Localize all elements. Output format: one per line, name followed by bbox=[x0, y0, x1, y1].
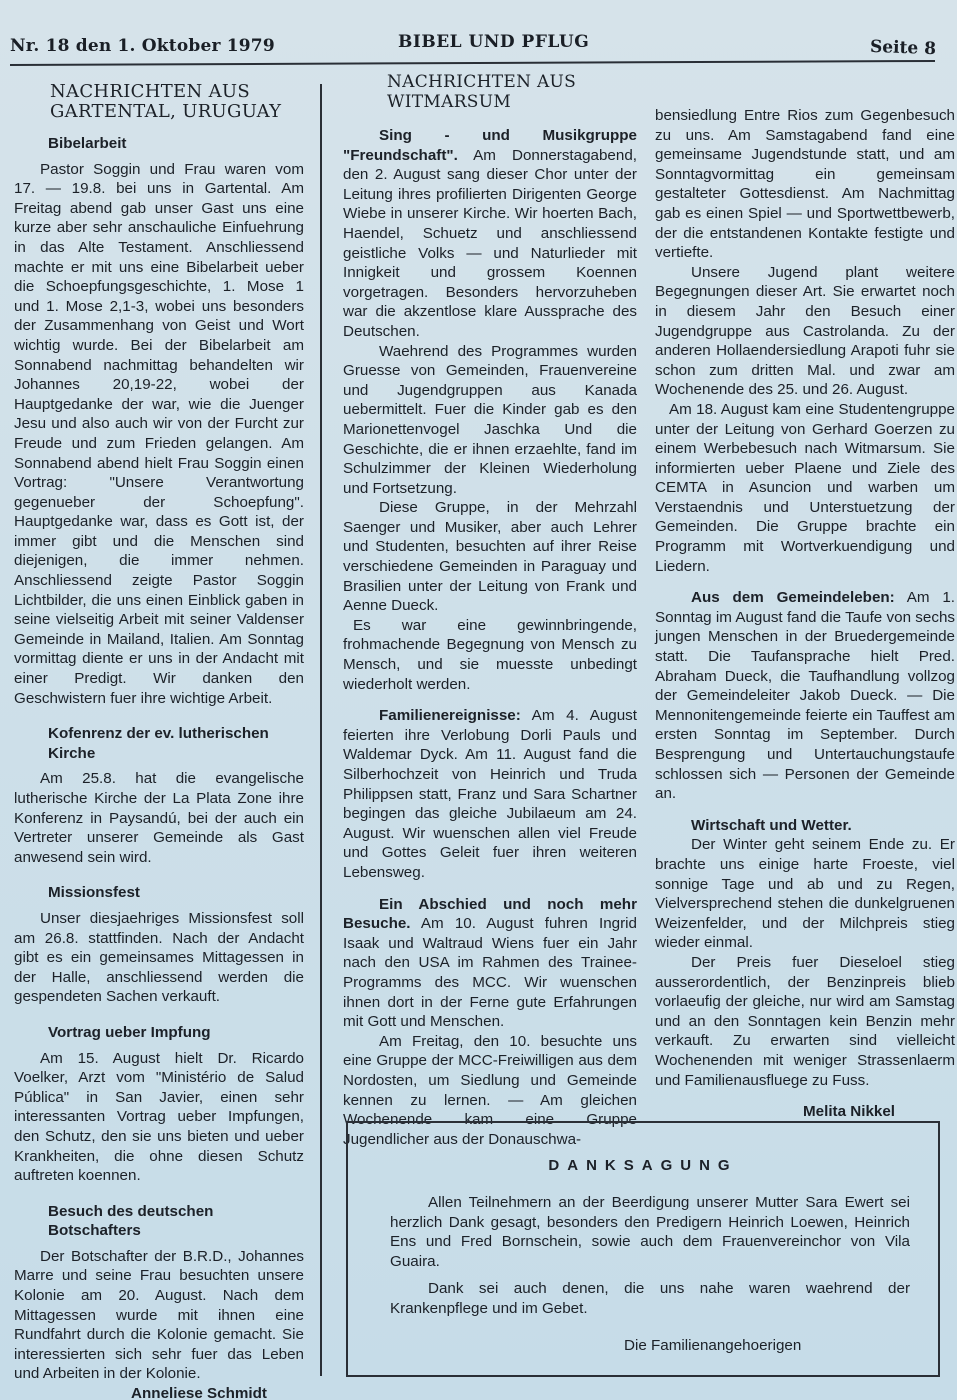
inline-heading: Aus dem Gemeindeleben: bbox=[691, 589, 895, 606]
article-paragraph: Es war eine gewinnbringende, frohmachend… bbox=[343, 616, 637, 694]
article-paragraph: Sing - und Musikgruppe "Freundschaft". A… bbox=[343, 126, 637, 342]
subhead-missionsfest: Missionsfest bbox=[48, 883, 304, 903]
column-witmarsum-continued: bensiedlung Entre Rios zum Gegenbesuch z… bbox=[655, 106, 955, 1122]
inline-heading: Familienereignisse: bbox=[379, 707, 521, 724]
article-paragraph: Am 25.8. hat die evangelische lutherisch… bbox=[14, 769, 304, 867]
subhead-bibelarbeit: Bibelarbeit bbox=[48, 134, 304, 154]
column-witmarsum: NACHRICHTEN AUS WITMARSUM Sing - und Mus… bbox=[343, 72, 637, 1149]
article-paragraph: Der Winter geht seinem Ende zu. Er brach… bbox=[655, 835, 955, 953]
article-paragraph: Am 18. August kam eine Studentengruppe u… bbox=[655, 400, 955, 576]
article-paragraph: Unsere Jugend plant weitere Begegnungen … bbox=[655, 263, 955, 400]
article-paragraph: Der Preis fuer Dieseloel stieg ausserord… bbox=[655, 953, 955, 1090]
section-title-gartental: NACHRICHTEN AUS GARTENTAL, URUGUAY bbox=[14, 82, 304, 122]
subhead-impfung: Vortrag ueber Impfung bbox=[48, 1023, 304, 1043]
inline-heading: Wirtschaft und Wetter. bbox=[691, 817, 852, 834]
article-paragraph: Diese Gruppe, in der Mehrzahl Saenger un… bbox=[343, 498, 637, 616]
danksagung-signature: Die Familienangehoerigen bbox=[624, 1337, 801, 1354]
danksagung-box: DANKSAGUNG Allen Teilnehmern an der Beer… bbox=[346, 1121, 940, 1377]
article-paragraph: Waehrend des Programmes wurden Gruesse v… bbox=[343, 342, 637, 499]
subhead-konferenz: Kofenrenz der ev. lutherischen Kirche bbox=[48, 724, 304, 763]
article-paragraph: Am 15. August hielt Dr. Ricardo Voelker,… bbox=[14, 1049, 304, 1186]
section-title-witmarsum: NACHRICHTEN AUS WITMARSUM bbox=[343, 72, 637, 112]
article-paragraph: Aus dem Gemeindeleben: Am 1. Sonntag im … bbox=[655, 588, 955, 804]
subhead-botschafter: Besuch des deutschen Botschafters bbox=[48, 1202, 248, 1241]
article-paragraph: Wirtschaft und Wetter. bbox=[655, 816, 955, 836]
author-signature: Anneliese Schmidt bbox=[14, 1384, 304, 1400]
author-signature: Melita Nikkel bbox=[655, 1102, 955, 1122]
column-divider bbox=[320, 84, 322, 1376]
column-gartental: NACHRICHTEN AUS GARTENTAL, URUGUAY Bibel… bbox=[14, 82, 304, 1400]
danksagung-body: Allen Teilnehmern an der Beerdigung unse… bbox=[390, 1193, 910, 1319]
article-paragraph: Der Botschafter der B.R.D., Johannes Mar… bbox=[14, 1247, 304, 1384]
article-paragraph: Ein Abschied und noch mehr Besuche. Am 1… bbox=[343, 895, 637, 1032]
danksagung-paragraph: Dank sei auch denen, die uns nahe waren … bbox=[390, 1279, 910, 1318]
page-number: Seite 8 bbox=[870, 37, 937, 59]
danksagung-title: DANKSAGUNG bbox=[348, 1157, 938, 1174]
issue-date: Nr. 18 den 1. Oktober 1979 bbox=[10, 36, 275, 56]
article-paragraph: Unser diesjaehriges Missionsfest soll am… bbox=[14, 909, 304, 1007]
article-paragraph: Pastor Soggin und Frau waren vom 17. — 1… bbox=[14, 160, 304, 709]
article-paragraph: bensiedlung Entre Rios zum Gegenbesuch z… bbox=[655, 106, 955, 263]
publication-title: BIBEL UND PFLUG bbox=[398, 32, 589, 52]
newspaper-page: Nr. 18 den 1. Oktober 1979 BIBEL UND PFL… bbox=[0, 0, 957, 1400]
danksagung-paragraph: Allen Teilnehmern an der Beerdigung unse… bbox=[390, 1193, 910, 1271]
article-paragraph: Familienereignisse: Am 4. August feierte… bbox=[343, 706, 637, 882]
